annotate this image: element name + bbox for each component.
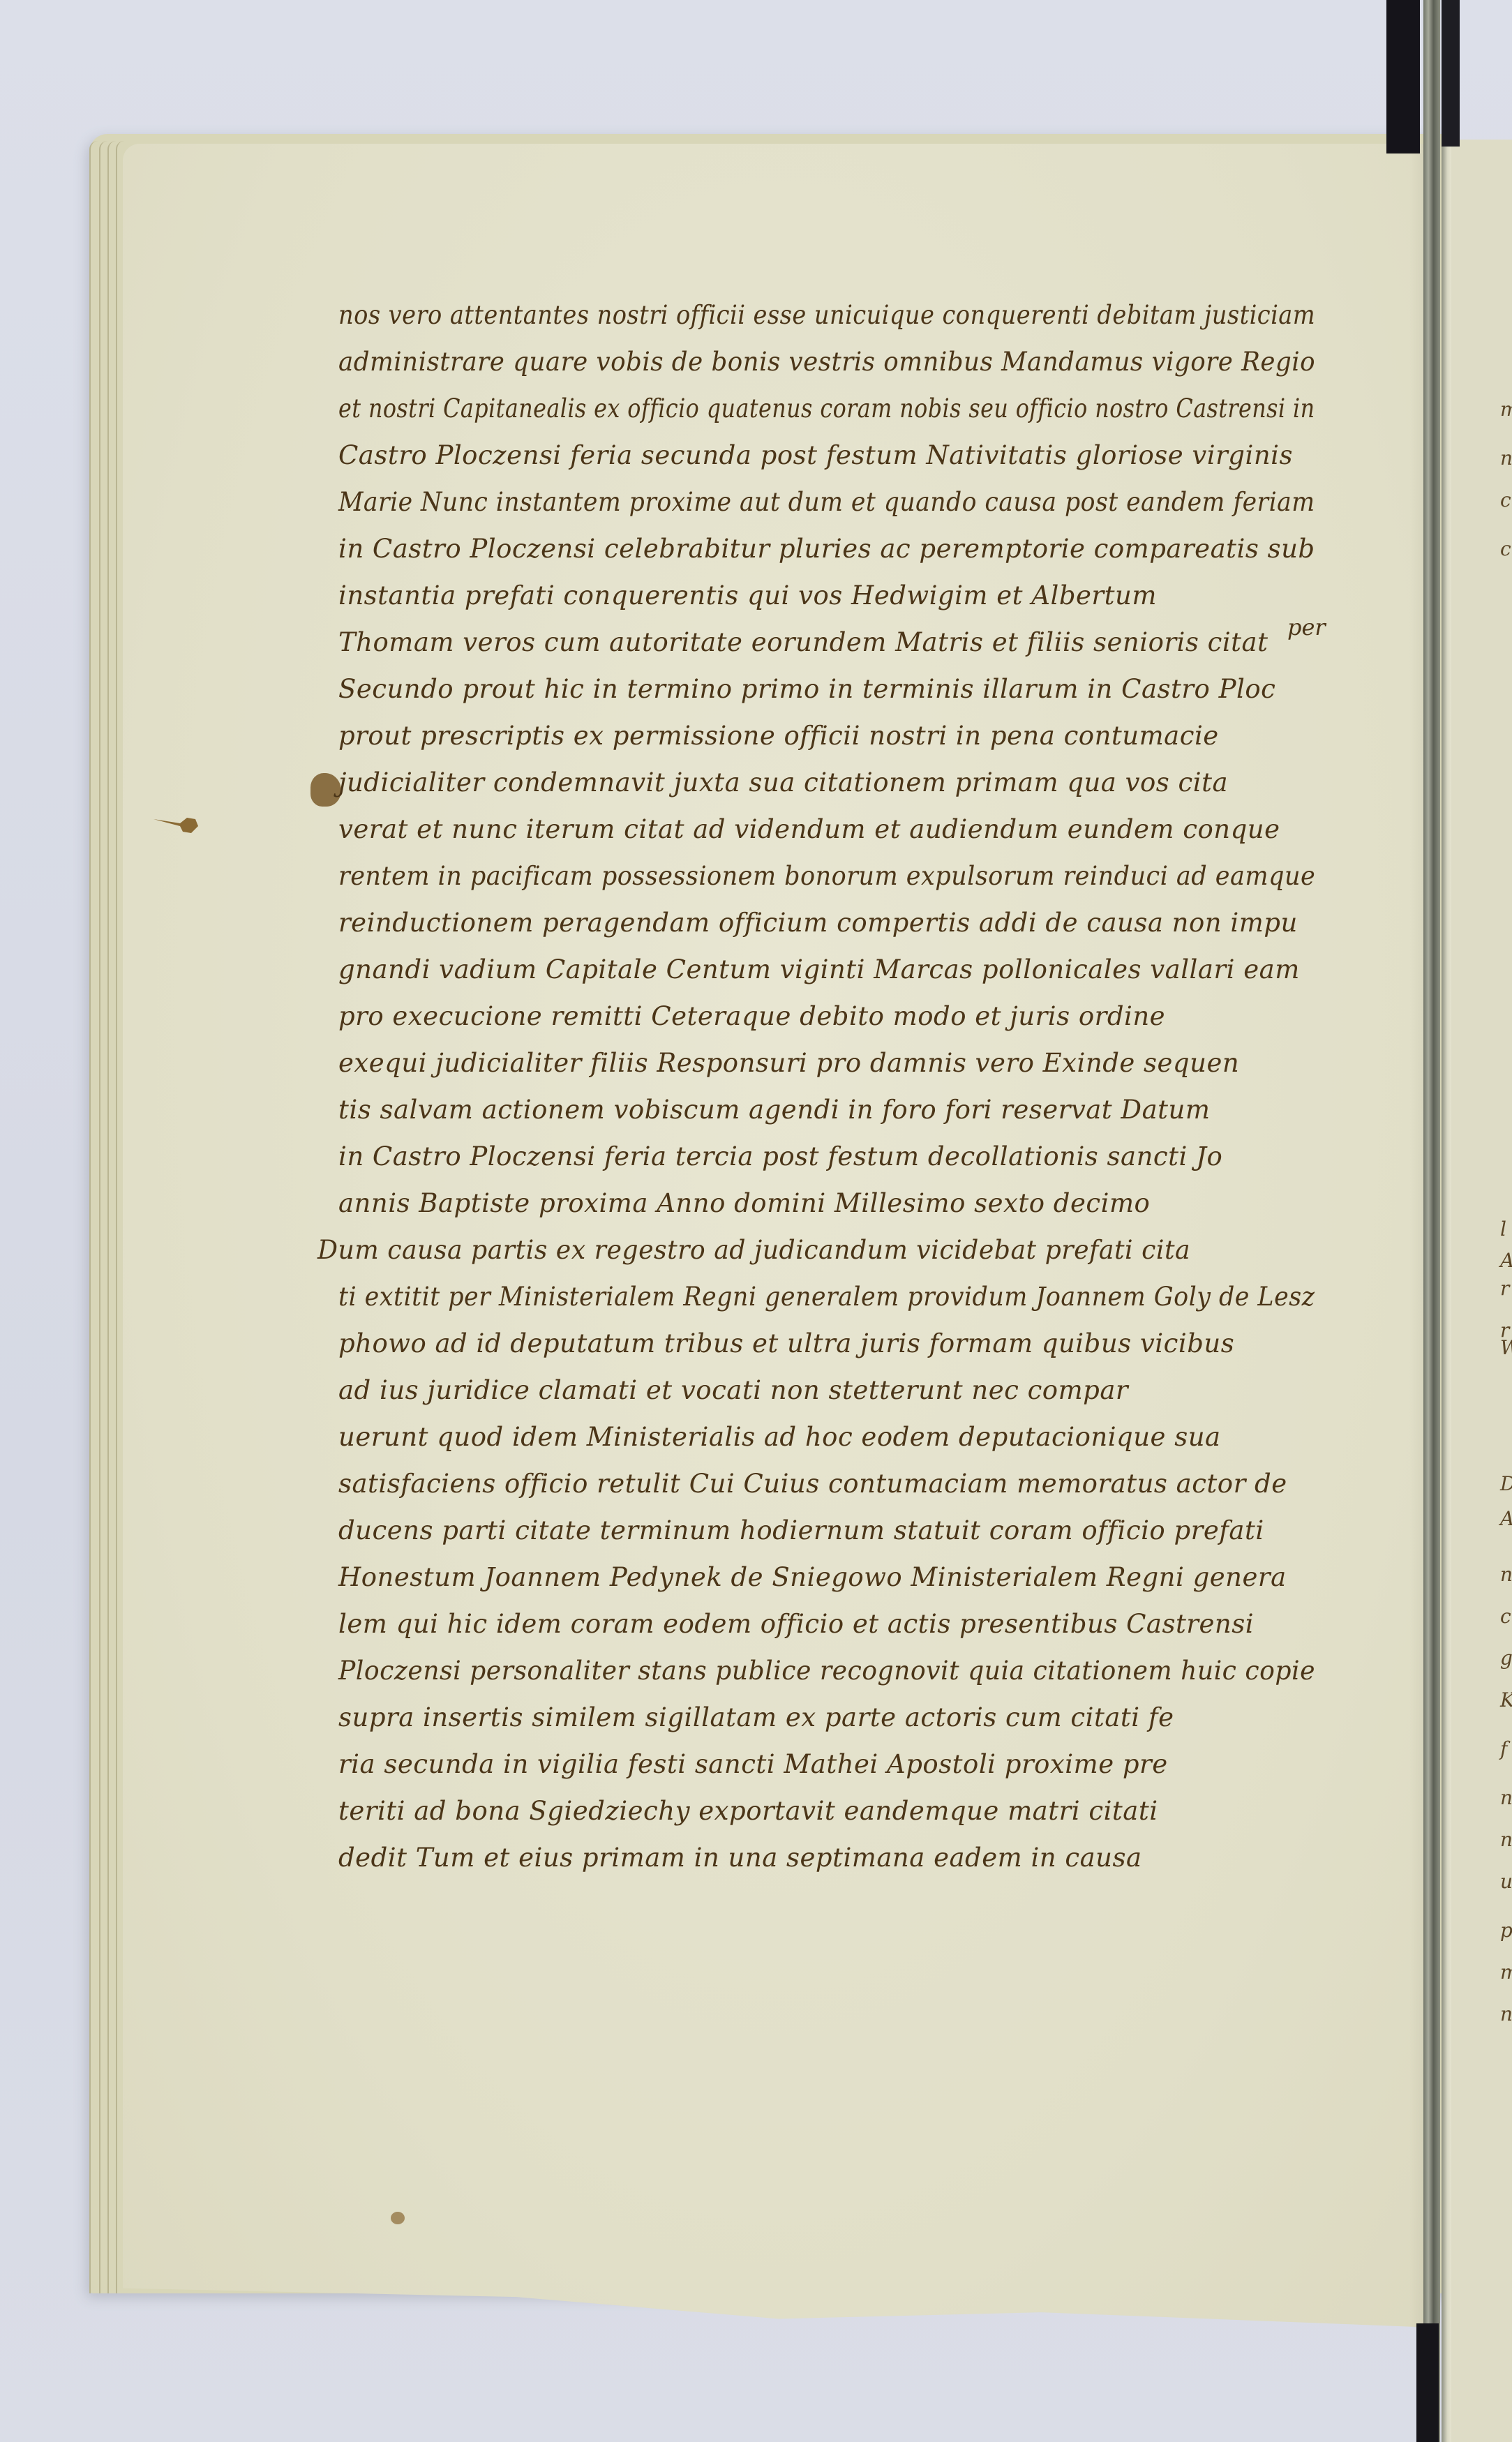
text-line: in Castro Ploczensi feria tercia post fe… xyxy=(338,1133,1315,1180)
text-line: Dum causa partis ex regestro ad judicand… xyxy=(317,1227,1294,1273)
text-line: instantia prefati conquerentis qui vos H… xyxy=(338,572,1315,619)
text-line: gnandi vadium Capitale Centum viginti Ma… xyxy=(338,946,1315,993)
fragment: c xyxy=(1500,537,1511,560)
text-line: Thomam veros cum autoritate eorundem Mat… xyxy=(338,619,1315,666)
text-line: ducens parti citate terminum hodiernum s… xyxy=(338,1507,1315,1554)
text-line: rentem in pacificam possessionem bonorum… xyxy=(338,853,1264,899)
fragment: A xyxy=(1500,1507,1512,1530)
text-line: dedit Tum et eius primam in una septiman… xyxy=(338,1834,1315,1881)
fragment: n xyxy=(1500,447,1512,470)
text-line: reinductionem peragendam officium comper… xyxy=(338,899,1315,946)
page-edge xyxy=(89,141,98,2293)
page-edge xyxy=(99,141,107,2293)
fragment: n xyxy=(1500,2002,1512,2025)
fragment: m xyxy=(1500,398,1512,421)
fragment: c xyxy=(1500,1605,1511,1628)
book-clamp-rod xyxy=(1423,0,1440,2442)
fragment: f xyxy=(1500,1737,1507,1760)
text-line: prout prescriptis ex permissione officii… xyxy=(338,712,1315,759)
ink-blot xyxy=(391,2212,405,2224)
fragment: D xyxy=(1500,1472,1512,1495)
text-line: uerunt quod idem Ministerialis ad hoc eo… xyxy=(338,1414,1315,1460)
text-line: nos vero attentantes nostri officii esse… xyxy=(338,292,1227,338)
facing-page-text-fragments: m n c c l r W A r D A n c g K f n n u p … xyxy=(1500,0,1512,2442)
text-line: judicialiter condemnavit juxta sua citat… xyxy=(338,759,1315,806)
text-line: Ploczensi personaliter stans publice rec… xyxy=(338,1647,1293,1694)
text-line: Secundo prout hic in termino primo in te… xyxy=(338,666,1315,712)
text-line: ti extitit per Ministerialem Regni gener… xyxy=(338,1273,1259,1320)
text-line: tis salvam actionem vobiscum agendi in f… xyxy=(338,1086,1315,1133)
fragment: n xyxy=(1500,1563,1512,1586)
clamp-bar-top xyxy=(1442,0,1460,147)
fragment: c xyxy=(1500,488,1511,511)
fragment: u xyxy=(1500,1870,1512,1893)
fragment: p xyxy=(1500,1919,1512,1942)
text-line: exequi judicialiter filiis Responsuri pr… xyxy=(338,1040,1315,1086)
text-line: ria secunda in vigilia festi sancti Math… xyxy=(338,1741,1315,1788)
text-line: Marie Nunc instantem proxime aut dum et … xyxy=(338,479,1252,525)
text-line: pro execucione remitti Ceteraque debito … xyxy=(338,993,1315,1040)
text-line: administrare quare vobis de bonis vestri… xyxy=(338,338,1279,385)
text-line: teriti ad bona Sgiedziechy exportavit ea… xyxy=(338,1788,1315,1834)
text-line: supra insertis similem sigillatam ex par… xyxy=(338,1694,1315,1741)
text-line: satisfaciens officio retulit Cui Cuius c… xyxy=(338,1460,1315,1507)
facing-page-fold xyxy=(1442,140,1451,2442)
text-line: Castro Ploczensi feria secunda post fest… xyxy=(338,432,1315,479)
fragment: r xyxy=(1500,1277,1509,1300)
text-line: in Castro Ploczensi celebrabitur pluries… xyxy=(338,525,1315,572)
clamp-foam-bottom xyxy=(1416,2323,1439,2442)
text-line: Honestum Joannem Pedynek de Sniegowo Min… xyxy=(338,1554,1315,1601)
fragment: r xyxy=(1500,1319,1509,1342)
fragment: A xyxy=(1500,1249,1512,1272)
text-line: phowo ad id deputatum tribus et ultra ju… xyxy=(338,1320,1315,1367)
fragment: n xyxy=(1500,1828,1512,1851)
fragment: g xyxy=(1500,1647,1512,1670)
text-line: annis Baptiste proxima Anno domini Mille… xyxy=(338,1180,1315,1227)
manuscript-text-block: nos vero attentantes nostri officii esse… xyxy=(338,292,1315,1881)
text-line: ad ius juridice clamati et vocati non st… xyxy=(338,1367,1315,1414)
ink-blot xyxy=(310,773,341,807)
fragment: K xyxy=(1500,1688,1512,1711)
fragment: l xyxy=(1500,1218,1506,1241)
fragment: m xyxy=(1500,1961,1512,1984)
text-line: verat et nunc iterum citat ad videndum e… xyxy=(338,806,1315,853)
fragment: n xyxy=(1500,1786,1512,1809)
text-line: lem qui hic idem coram eodem officio et … xyxy=(338,1601,1315,1647)
text-line: et nostri Capitanealis ex officio quaten… xyxy=(338,385,1178,432)
clamp-foam-top xyxy=(1386,0,1420,153)
margin-annotation: per xyxy=(1287,614,1326,641)
margin-pointer-mark-icon xyxy=(152,814,208,834)
page-edge xyxy=(107,141,116,2293)
